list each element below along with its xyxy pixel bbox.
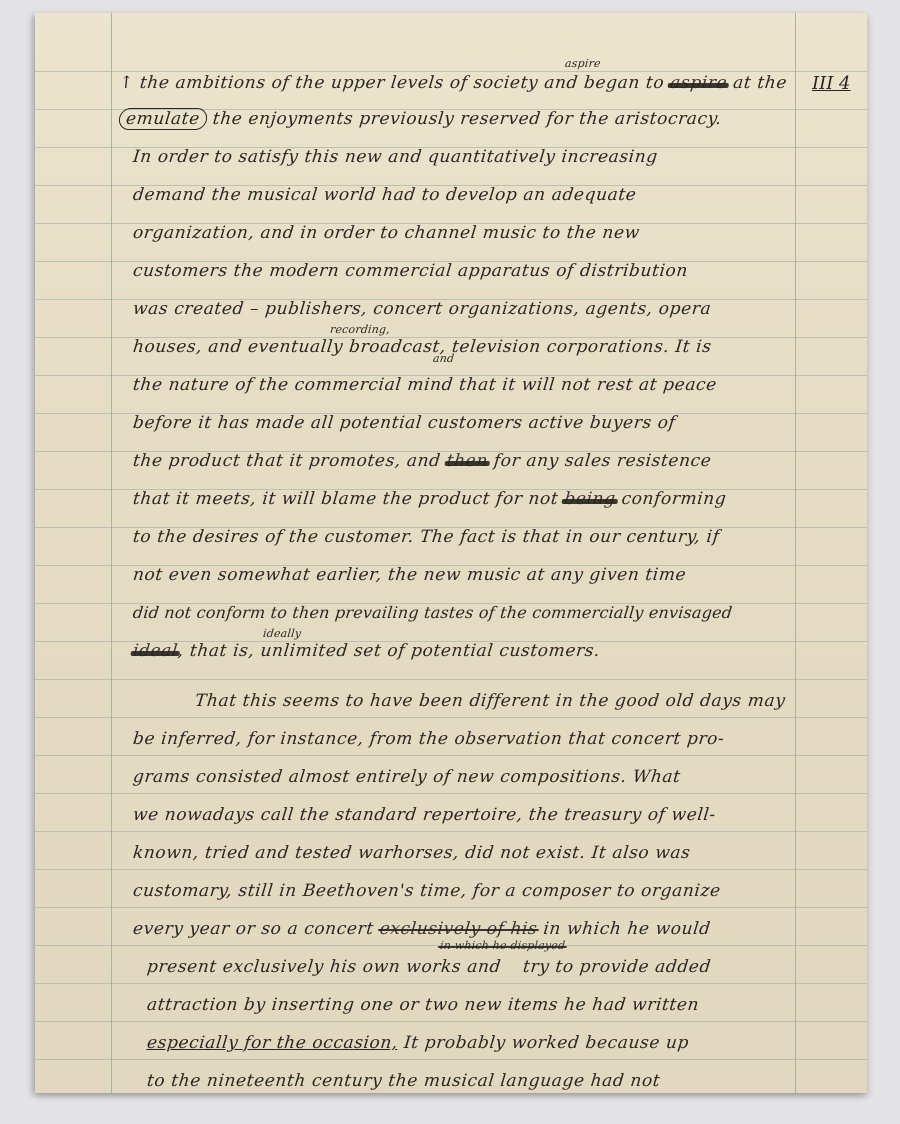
text-line-17: That this seems to have been different i… <box>194 691 787 711</box>
struck-word: aspire <box>669 73 728 93</box>
text-line-22: customary, still in Beethoven's time, fo… <box>132 881 722 901</box>
text-line-20: we nowadays call the standard repertoire… <box>132 805 717 825</box>
text-line-1: ↑ the ambitions of the upper levels of s… <box>118 73 788 93</box>
text-line-13: to the desires of the customer. The fact… <box>132 527 721 547</box>
text-line-26: especially for the occasion, It probably… <box>146 1033 690 1053</box>
text-line-3: In order to satisfy this new and quantit… <box>132 147 659 167</box>
text-line-15: did not conform to then prevailing taste… <box>132 603 733 622</box>
text-line-25: attraction by inserting one or two new i… <box>146 995 700 1015</box>
text-line-6: customers the modern commercial apparatu… <box>132 261 689 281</box>
manuscript-page: III 4 ↑ the ambitions of the upper level… <box>35 13 867 1093</box>
left-margin-line <box>111 13 112 1093</box>
insertion-aspire: aspire <box>564 57 601 70</box>
text-line-21: known, tried and tested warhorses, did n… <box>132 843 692 863</box>
text-line-27: to the nineteenth century the musical la… <box>146 1071 661 1091</box>
insertion-ideally: ideally <box>262 627 302 640</box>
text-line-23: every year or so a concert exclusively o… <box>132 919 712 939</box>
text-line-4: demand the musical world had to develop … <box>132 185 638 205</box>
text-line-14: not even somewhat earlier, the new music… <box>132 565 687 585</box>
text-line-12: that it meets, it will blame the product… <box>132 489 727 509</box>
text-line-7: was created – publishers, concert organi… <box>132 299 712 319</box>
right-margin-line <box>795 13 796 1093</box>
insertion-recording: recording, <box>329 323 390 336</box>
struck-word: then <box>446 451 489 471</box>
struck-phrase-below: in which he displayed <box>439 939 566 952</box>
struck-word: ideal <box>132 641 179 661</box>
section-marking: III 4 <box>812 73 851 94</box>
text-line-2: emulate the enjoyments previously reserv… <box>118 109 723 129</box>
text-line-10: before it has made all potential custome… <box>132 413 677 433</box>
text-line-11: the product that it promotes, and then f… <box>132 451 713 471</box>
arrow-up-icon: ↑ <box>118 73 135 93</box>
struck-word: being <box>563 489 616 509</box>
text-line-18: be inferred, for instance, from the obse… <box>132 729 726 749</box>
text-line-8: houses, and eventually broadcast, televi… <box>132 337 713 357</box>
text-line-5: organization, and in order to channel mu… <box>132 223 641 243</box>
insertion-and: and <box>432 352 455 365</box>
text-line-19: grams consisted almost entirely of new c… <box>132 767 682 787</box>
text-line-24: present exclusively his own works and tr… <box>146 957 712 977</box>
circled-word: emulate <box>118 108 208 130</box>
text-line-9: the nature of the commercial mind that i… <box>132 375 718 395</box>
text-line-16: ideal, that is, unlimited set of potenti… <box>132 641 601 661</box>
struck-phrase: exclusively of his <box>379 919 539 939</box>
